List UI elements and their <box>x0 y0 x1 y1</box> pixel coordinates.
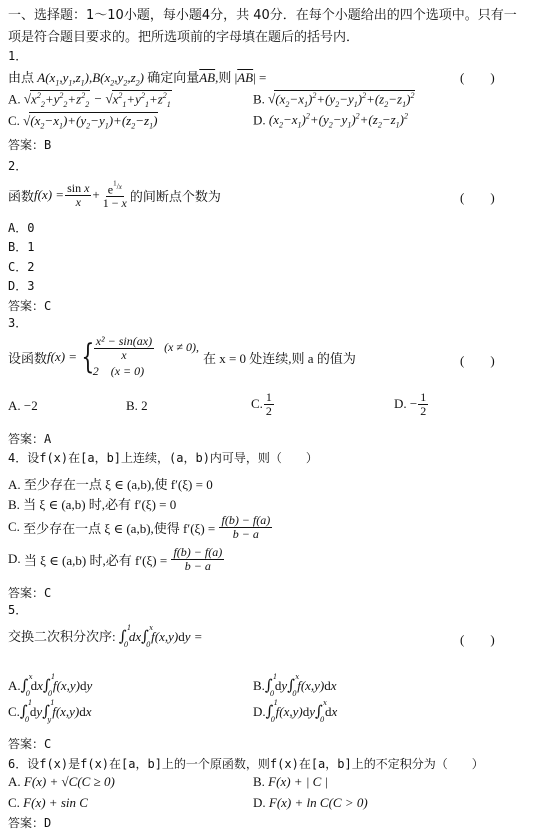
question-1-number: 1． <box>8 47 27 64</box>
q5-option-b: B.∫10dy∫x0f(x,y)dx <box>253 676 337 694</box>
q2-fraction-1: sin xx <box>65 182 91 208</box>
q3-stem-suffix: 在 x = 0 处连续,则 a 的值为 <box>203 348 356 367</box>
q2-option-d: D．3 <box>8 277 34 294</box>
q6-option-b: B. F(x) + | C | <box>253 774 328 790</box>
q3-answer: 答案：A <box>8 430 51 447</box>
q2-stem-prefix: 函数 <box>8 186 34 205</box>
q3-fx: f(x) = <box>47 349 77 365</box>
q2-option-c: C．2 <box>8 258 34 275</box>
q1-option-a: A. √x22+y22+z22 − √x21+y21+z21 <box>8 90 172 109</box>
question-5-stem: 交换二次积分次序: ∫10dx∫x0f(x,y)dy = <box>8 626 203 645</box>
question-4-stem: 4．设f(x)在[a，b]上连续，(a，b)内可导，则（ ） <box>8 449 318 466</box>
q4-option-a: A. 至少存在一点 ξ ∈ (a,b),使 f′(ξ) = 0 <box>8 474 213 493</box>
question-6-stem: 6．设f(x)是f(x)在[a，b]上的一个原函数，则f(x)在[a，b]上的不… <box>8 755 484 772</box>
q6-option-c: C. F(x) + sin C <box>8 795 88 811</box>
question-3-stem: 设函数 f(x) = { x² − sin(ax)x (x ≠ 0), 2 (x… <box>8 332 356 382</box>
q3-option-a: A. −2 <box>8 398 38 414</box>
question-1-stem: 由点 A(x1,y1,z1),B(x2,y2,z2) 确定向量AB,则 |AB|… <box>8 67 266 88</box>
q1-vector-ab: AB <box>199 70 215 85</box>
q1-points: A(x1,y1,z1),B(x2,y2,z2) <box>37 70 144 85</box>
q4-option-d: D. 当 ξ ∈ (a,b) 时,必有 f′(ξ) = f(b) − f(a)b… <box>8 546 225 572</box>
q3-left-brace: { <box>81 340 94 374</box>
q1-option-d: D. (x2−x1)2+(y2−y1)2+(z2−z1)2 <box>253 112 408 130</box>
section-header-line2: 项是符合题目要求的。把所选项前的字母填在题后的括号内． <box>8 26 359 45</box>
q3-piecewise: x² − sin(ax)x (x ≠ 0), 2 (x = 0) <box>93 335 199 378</box>
q2-fraction-2: e1/x1 − x <box>101 180 129 210</box>
q6-option-d: D. F(x) + ln C(C > 0) <box>253 795 368 811</box>
q1-stem-suffix: ,则 | <box>215 70 237 85</box>
q1-answer-blank: ( ) <box>460 67 495 86</box>
q2-answer-blank: ( ) <box>460 187 495 206</box>
q5-option-a: A.∫x0dx∫10f(x,y)dy <box>8 676 92 694</box>
q3-option-c: C.12 <box>251 391 275 417</box>
q4-option-b: B. 当 ξ ∈ (a,b) 时,必有 f′(ξ) = 0 <box>8 494 176 513</box>
question-3-number: 3． <box>8 314 27 331</box>
q1-option-c: C. √(x2−x1)+(y2−y1)+(z2−z1) <box>8 112 158 131</box>
q3-option-b: B. 2 <box>126 398 148 414</box>
q2-stem-suffix: 的间断点个数为 <box>130 186 221 205</box>
q3-answer-blank: ( ) <box>460 350 495 369</box>
q1-answer: 答案：B <box>8 136 51 153</box>
q1-option-b-label: B. <box>253 91 265 106</box>
q2-option-a: A．0 <box>8 219 34 236</box>
q1-stem-prefix: 由点 <box>8 70 37 85</box>
q1-stem-end: | = <box>253 70 266 85</box>
q5-option-d: D.∫10f(x,y)dy∫x0dx <box>253 702 337 720</box>
q4-option-c: C. 至少存在一点 ξ ∈ (a,b),使得 f′(ξ) = f(b) − f(… <box>8 514 273 540</box>
q2-option-b: B．1 <box>8 238 34 255</box>
q4-answer: 答案：C <box>8 584 51 601</box>
q1-stem-mid: 确定向量 <box>144 70 199 85</box>
question-2-number: 2． <box>8 157 27 174</box>
q5-answer-blank: ( ) <box>460 629 495 648</box>
q5-answer: 答案：C <box>8 735 51 752</box>
q5-stem-prefix: 交换二次积分次序: <box>8 629 116 644</box>
q6-option-a: A. F(x) + √C(C ≥ 0) <box>8 774 115 790</box>
q1-option-d-label: D. <box>253 112 266 127</box>
q1-vector-ab-2: AB <box>237 70 253 85</box>
q6-answer: 答案：D <box>8 814 51 831</box>
question-5-number: 5． <box>8 601 27 618</box>
section-header-line1: 一、选择题：1～10小题，每小题4分，共 40分．在每个小题给出的四个选项中。只… <box>8 4 517 23</box>
q2-fx: f(x) = <box>34 187 64 203</box>
q2-answer: 答案：C <box>8 297 51 314</box>
q5-option-c: C.∫10dy∫1yf(x,y)dx <box>8 702 92 720</box>
q3-stem-prefix: 设函数 <box>8 348 47 367</box>
q1-option-a-label: A. <box>8 91 21 106</box>
question-2-stem: 函数 f(x) = sin xx + e1/x1 − x 的间断点个数为 <box>8 178 221 212</box>
q1-option-b: B. √(x2−x1)2+(y2−y1)2+(z2−z1)2 <box>253 90 415 109</box>
q1-option-c-label: C. <box>8 113 20 128</box>
q3-option-d: D. −12 <box>394 391 429 417</box>
